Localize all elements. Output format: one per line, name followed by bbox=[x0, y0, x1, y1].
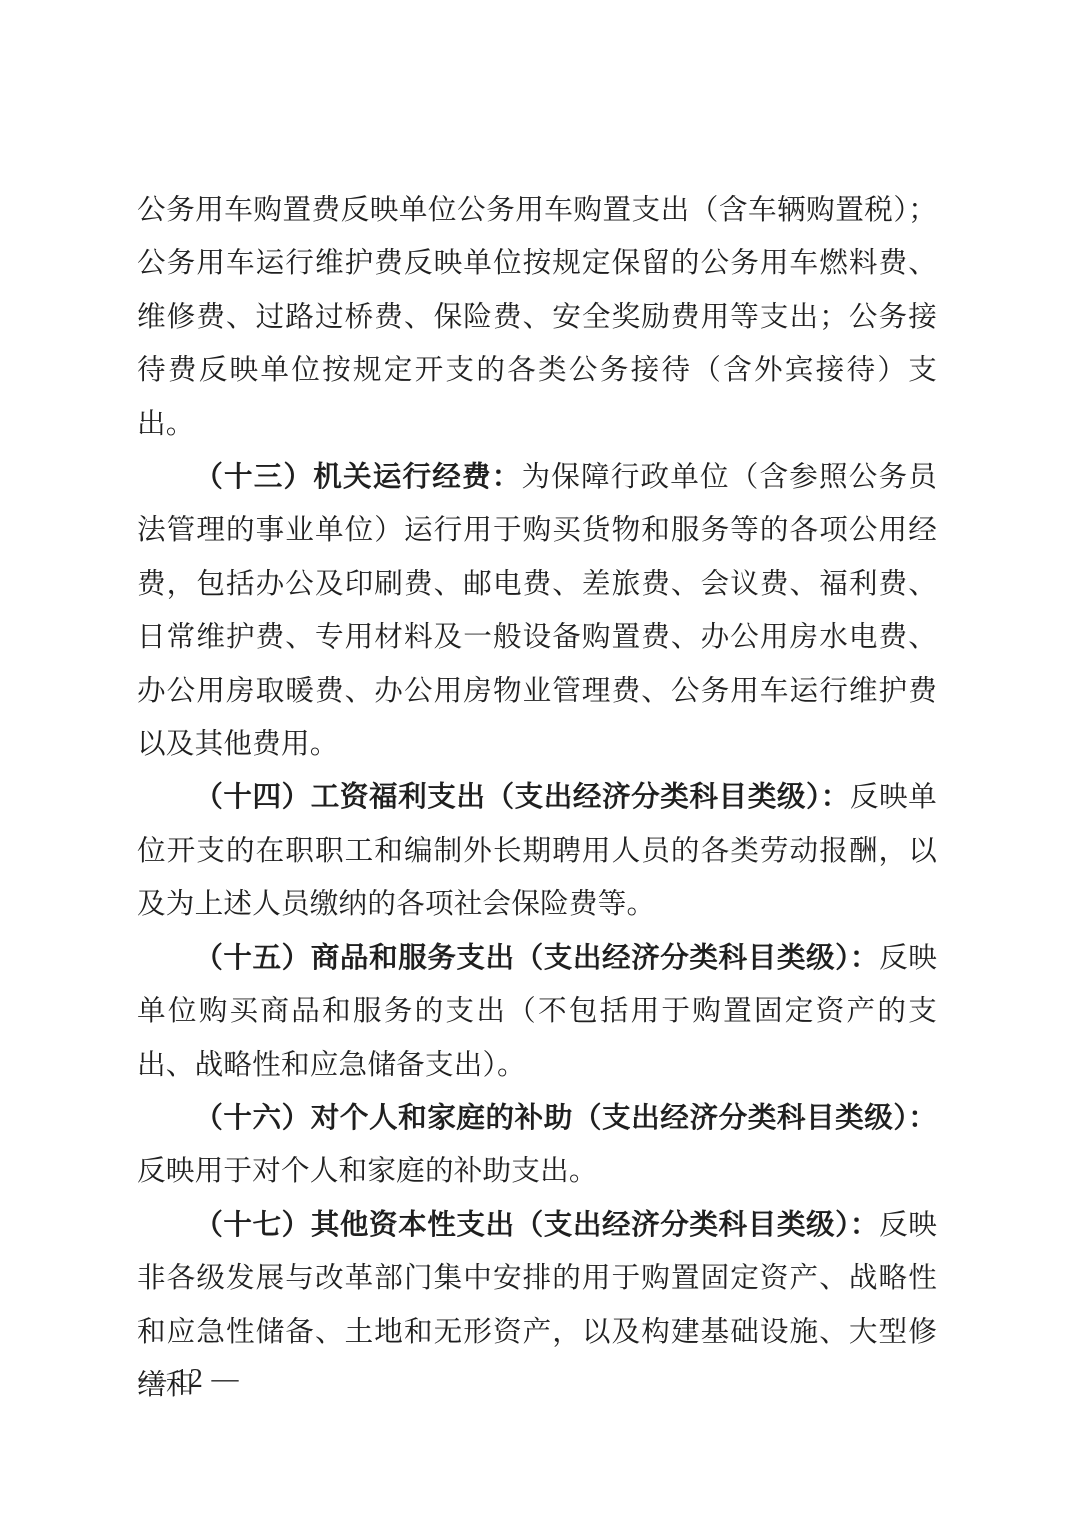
page-number: — 12 — bbox=[139, 1363, 240, 1393]
document-body: 公务用车购置费反映单位公务用车购置支出（含车辆购置税）；公务用车运行维护费反映单… bbox=[137, 184, 937, 1412]
paragraph-text: 公务用车购置费反映单位公务用车购置支出（含车辆购置税）；公务用车运行维护费反映单… bbox=[137, 195, 937, 440]
paragraph-text: 为保障行政单位（含参照公务员法管理的事业单位）运行用于购买货物和服务等的各项公用… bbox=[137, 462, 937, 760]
paragraph-item-16: （十六）对个人和家庭的补助（支出经济分类科目类级）：反映用于对个人和家庭的补助支… bbox=[137, 1092, 937, 1199]
paragraph-item-17: （十七）其他资本性支出（支出经济分类科目类级）：反映非各级发展与改革部门集中安排… bbox=[137, 1199, 937, 1413]
paragraph-head: （十四）工资福利支出（支出经济分类科目类级）： bbox=[194, 782, 850, 813]
paragraph-item-14: （十四）工资福利支出（支出经济分类科目类级）：反映单位开支的在职职工和编制外长期… bbox=[137, 771, 937, 931]
paragraph-continuation: 公务用车购置费反映单位公务用车购置支出（含车辆购置税）；公务用车运行维护费反映单… bbox=[137, 184, 937, 451]
paragraph-item-13: （十三）机关运行经费：为保障行政单位（含参照公务员法管理的事业单位）运行用于购买… bbox=[137, 451, 937, 771]
document-page: 公务用车购置费反映单位公务用车购置支出（含车辆购置税）；公务用车运行维护费反映单… bbox=[0, 0, 1075, 1520]
paragraph-item-15: （十五）商品和服务支出（支出经济分类科目类级）：反映单位购买商品和服务的支出（不… bbox=[137, 932, 937, 1092]
paragraph-head: （十七）其他资本性支出（支出经济分类科目类级）： bbox=[194, 1210, 879, 1241]
paragraph-text: 反映用于对个人和家庭的补助支出。 bbox=[137, 1156, 598, 1187]
paragraph-head: （十三）机关运行经费： bbox=[194, 462, 521, 493]
paragraph-head: （十五）商品和服务支出（支出经济分类科目类级）： bbox=[194, 943, 879, 974]
paragraph-head: （十六）对个人和家庭的补助（支出经济分类科目类级）： bbox=[194, 1103, 937, 1134]
page-footer: — 12 — bbox=[139, 1360, 240, 1396]
